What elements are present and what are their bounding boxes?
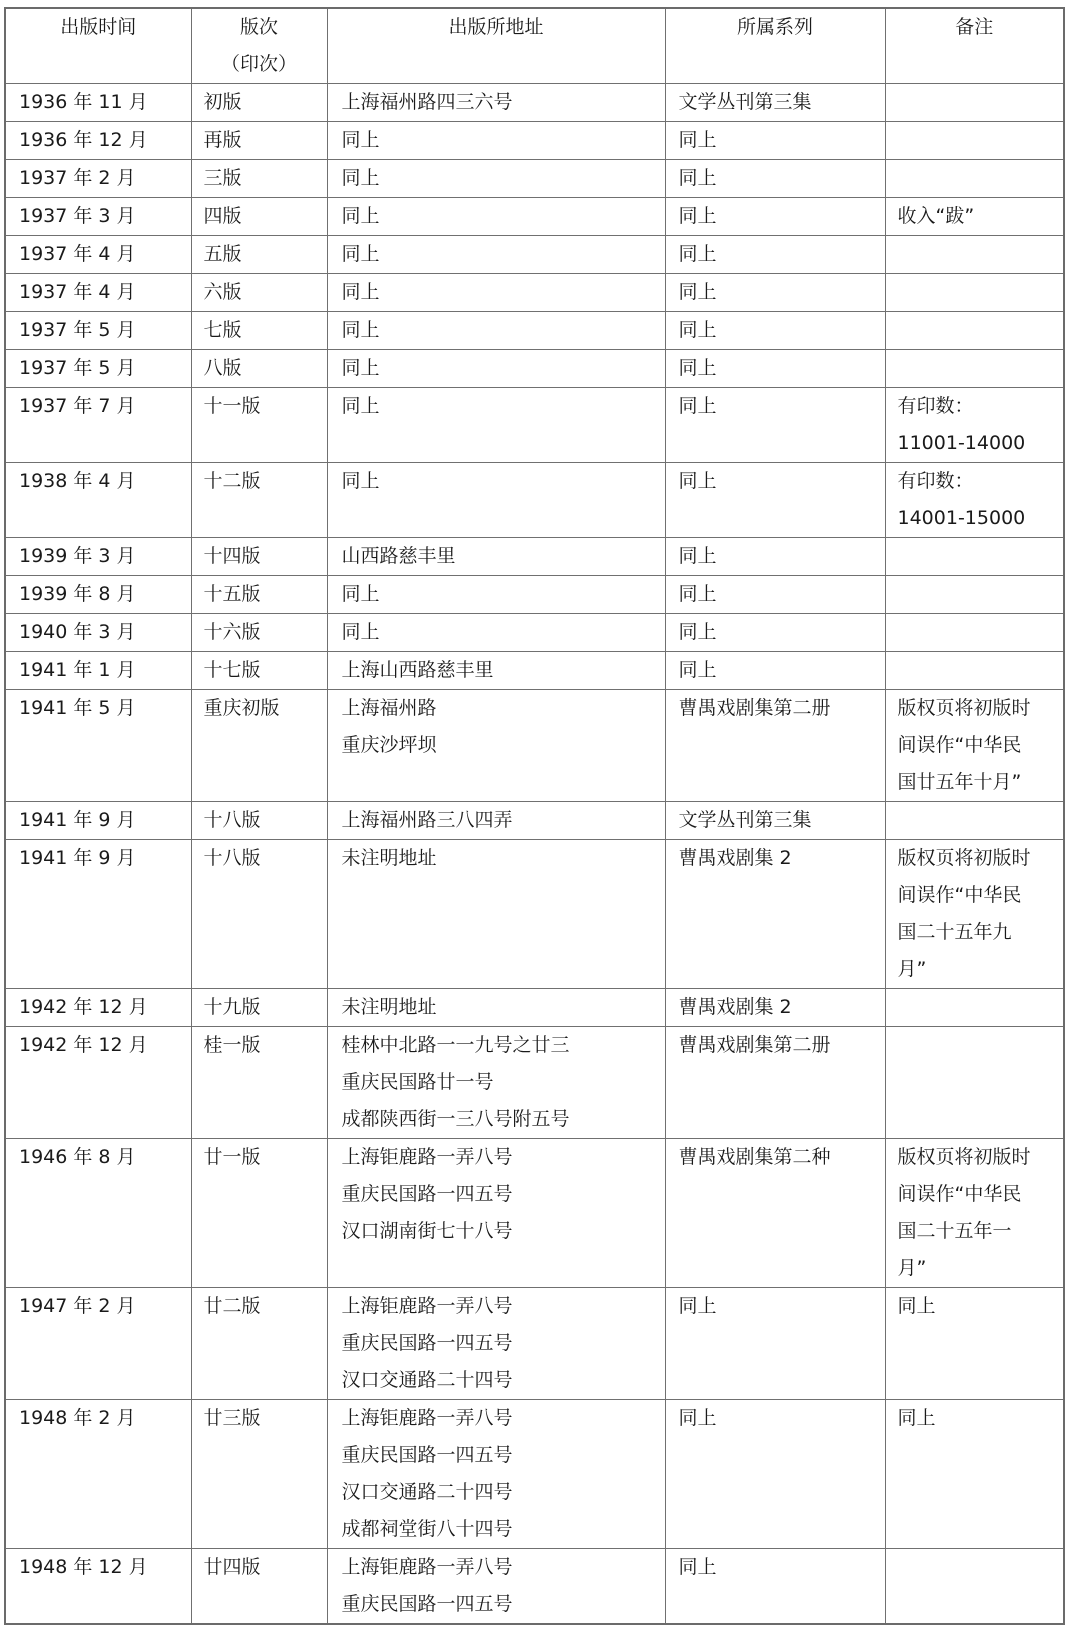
date-text: 1936 年 12 月 [19,122,191,159]
cell-note [885,802,1064,840]
note-line: 国二十五年九 [898,914,1056,951]
table-row: 1937 年 4 月五版同上同上 [5,236,1064,274]
cell-note: 同上 [885,1400,1064,1549]
note-line: 同上 [898,1400,1056,1437]
series-text: 同上 [679,614,885,651]
cell-address: 同上 [327,614,665,652]
edition-text: 廿三版 [204,1400,327,1437]
cell-edition: 七版 [191,312,327,350]
cell-note: 收入“跋” [885,198,1064,236]
date-text: 1942 年 12 月 [19,989,191,1026]
date-text: 1937 年 3 月 [19,198,191,235]
cell-series: 同上 [665,1400,885,1549]
cell-note [885,989,1064,1027]
series-text: 曹禺戏剧集第二册 [679,690,885,727]
date-text: 1948 年 12 月 [19,1549,191,1586]
series-text: 同上 [679,1549,885,1586]
note-line: 版权页将初版时 [898,840,1056,877]
cell-date: 1938 年 4 月 [5,463,191,538]
cell-note [885,538,1064,576]
note-line: 间误作“中华民 [898,877,1056,914]
series-text: 同上 [679,652,885,689]
address-line: 同上 [342,614,665,651]
cell-series: 同上 [665,1549,885,1625]
edition-text: 廿四版 [204,1549,327,1586]
cell-date: 1936 年 11 月 [5,84,191,122]
cell-edition: 十五版 [191,576,327,614]
table-row: 1942 年 12 月十九版未注明地址曹禺戏剧集 2 [5,989,1064,1027]
series-text: 曹禺戏剧集 2 [679,840,885,877]
table-row: 1947 年 2 月廿二版上海钜鹿路一弄八号重庆民国路一四五号汉口交通路二十四号… [5,1288,1064,1400]
series-text: 曹禺戏剧集 2 [679,989,885,1026]
cell-address: 上海钜鹿路一弄八号重庆民国路一四五号汉口交通路二十四号 [327,1288,665,1400]
table-row: 1936 年 11 月初版上海福州路四三六号文学丛刊第三集 [5,84,1064,122]
cell-edition: 八版 [191,350,327,388]
date-text: 1938 年 4 月 [19,463,191,500]
series-text: 文学丛刊第三集 [679,802,885,839]
note-line: 版权页将初版时 [898,1139,1056,1176]
address-line: 同上 [342,236,665,273]
note-line: 版权页将初版时 [898,690,1056,727]
cell-series: 同上 [665,274,885,312]
cell-address: 同上 [327,236,665,274]
edition-text: 四版 [204,198,327,235]
date-text: 1941 年 1 月 [19,652,191,689]
cell-date: 1946 年 8 月 [5,1139,191,1288]
cell-address: 上海福州路重庆沙坪坝 [327,690,665,802]
cell-note [885,350,1064,388]
edition-text: 十七版 [204,652,327,689]
series-text: 同上 [679,538,885,575]
cell-date: 1937 年 4 月 [5,236,191,274]
cell-note: 有印数：11001-14000 [885,388,1064,463]
table-row: 1942 年 12 月桂一版桂林中北路一一九号之廿三重庆民国路廿一号成都陕西街一… [5,1027,1064,1139]
address-line: 未注明地址 [342,989,665,1026]
table-row: 1938 年 4 月十二版同上同上有印数：14001-15000 [5,463,1064,538]
cell-edition: 廿二版 [191,1288,327,1400]
date-text: 1937 年 4 月 [19,236,191,273]
cell-note [885,1027,1064,1139]
cell-address: 同上 [327,160,665,198]
address-line: 成都祠堂街八十四号 [342,1511,665,1548]
cell-date: 1948 年 12 月 [5,1549,191,1625]
address-line: 同上 [342,122,665,159]
address-line: 同上 [342,312,665,349]
address-line: 重庆沙坪坝 [342,727,665,764]
address-line: 桂林中北路一一九号之廿三 [342,1027,665,1064]
edition-text: 十九版 [204,989,327,1026]
cell-series: 同上 [665,614,885,652]
cell-series: 同上 [665,236,885,274]
series-text: 同上 [679,274,885,311]
series-text: 文学丛刊第三集 [679,84,885,121]
address-line: 同上 [342,463,665,500]
date-text: 1941 年 5 月 [19,690,191,727]
edition-text: 廿二版 [204,1288,327,1325]
edition-text: 十四版 [204,538,327,575]
cell-edition: 廿三版 [191,1400,327,1549]
cell-edition: 五版 [191,236,327,274]
header-date: 出版时间 [5,8,191,84]
address-line: 汉口交通路二十四号 [342,1474,665,1511]
series-text: 同上 [679,312,885,349]
cell-date: 1937 年 5 月 [5,312,191,350]
cell-date: 1937 年 3 月 [5,198,191,236]
cell-address: 上海福州路四三六号 [327,84,665,122]
cell-note: 有印数：14001-15000 [885,463,1064,538]
cell-address: 同上 [327,350,665,388]
date-text: 1937 年 7 月 [19,388,191,425]
cell-edition: 十九版 [191,989,327,1027]
address-line: 同上 [342,388,665,425]
cell-series: 同上 [665,388,885,463]
cell-date: 1939 年 8 月 [5,576,191,614]
date-text: 1939 年 8 月 [19,576,191,613]
date-text: 1936 年 11 月 [19,84,191,121]
table-row: 1941 年 9 月十八版上海福州路三八四弄文学丛刊第三集 [5,802,1064,840]
cell-edition: 十七版 [191,652,327,690]
cell-series: 同上 [665,160,885,198]
cell-edition: 桂一版 [191,1027,327,1139]
cell-date: 1937 年 5 月 [5,350,191,388]
edition-text: 七版 [204,312,327,349]
date-text: 1941 年 9 月 [19,802,191,839]
date-text: 1937 年 2 月 [19,160,191,197]
table-row: 1946 年 8 月廿一版上海钜鹿路一弄八号重庆民国路一四五号汉口湖南街七十八号… [5,1139,1064,1288]
cell-series: 同上 [665,198,885,236]
cell-address: 未注明地址 [327,989,665,1027]
cell-address: 上海福州路三八四弄 [327,802,665,840]
edition-text: 十六版 [204,614,327,651]
cell-series: 曹禺戏剧集第二册 [665,690,885,802]
series-text: 同上 [679,1288,885,1325]
cell-date: 1937 年 2 月 [5,160,191,198]
note-line: 间误作“中华民 [898,1176,1056,1213]
table-row: 1939 年 8 月十五版同上同上 [5,576,1064,614]
date-text: 1941 年 9 月 [19,840,191,877]
series-text: 同上 [679,122,885,159]
cell-date: 1941 年 1 月 [5,652,191,690]
note-line: 同上 [898,1288,1056,1325]
cell-date: 1942 年 12 月 [5,1027,191,1139]
note-line: 间误作“中华民 [898,727,1056,764]
cell-series: 同上 [665,463,885,538]
header-row: 出版时间 版次 （印次） 出版所地址 所属系列 备注 [5,8,1064,84]
cell-series: 同上 [665,576,885,614]
table-row: 1941 年 9 月十八版未注明地址曹禺戏剧集 2版权页将初版时间误作“中华民国… [5,840,1064,989]
series-text: 曹禺戏剧集第二种 [679,1139,885,1176]
edition-text: 六版 [204,274,327,311]
address-line: 重庆民国路一四五号 [342,1437,665,1474]
date-text: 1937 年 4 月 [19,274,191,311]
address-line: 同上 [342,350,665,387]
cell-note: 版权页将初版时间误作“中华民国廿五年十月” [885,690,1064,802]
cell-edition: 初版 [191,84,327,122]
address-line: 上海福州路 [342,690,665,727]
cell-edition: 十二版 [191,463,327,538]
cell-edition: 廿四版 [191,1549,327,1625]
cell-address: 上海钜鹿路一弄八号重庆民国路一四五号汉口交通路二十四号成都祠堂街八十四号 [327,1400,665,1549]
address-line: 上海钜鹿路一弄八号 [342,1288,665,1325]
series-text: 同上 [679,236,885,273]
date-text: 1939 年 3 月 [19,538,191,575]
edition-text: 三版 [204,160,327,197]
cell-edition: 十六版 [191,614,327,652]
publication-history-table: 出版时间 版次 （印次） 出版所地址 所属系列 备注 1936 年 11 月初版… [4,7,1065,1625]
cell-edition: 四版 [191,198,327,236]
edition-text: 十五版 [204,576,327,613]
date-text: 1937 年 5 月 [19,312,191,349]
cell-edition: 重庆初版 [191,690,327,802]
cell-note [885,160,1064,198]
note-line: 有印数： [898,388,1056,425]
date-text: 1946 年 8 月 [19,1139,191,1176]
cell-note: 版权页将初版时间误作“中华民国二十五年一月” [885,1139,1064,1288]
cell-series: 同上 [665,1288,885,1400]
cell-address: 上海钜鹿路一弄八号重庆民国路一四五号 [327,1549,665,1625]
table-row: 1941 年 5 月重庆初版上海福州路重庆沙坪坝曹禺戏剧集第二册版权页将初版时间… [5,690,1064,802]
address-line: 重庆民国路一四五号 [342,1176,665,1213]
address-line: 同上 [342,576,665,613]
note-line: 有印数： [898,463,1056,500]
address-line: 上海钜鹿路一弄八号 [342,1139,665,1176]
cell-edition: 十八版 [191,840,327,989]
cell-address: 同上 [327,388,665,463]
cell-address: 上海山西路慈丰里 [327,652,665,690]
address-line: 上海福州路三八四弄 [342,802,665,839]
cell-address: 上海钜鹿路一弄八号重庆民国路一四五号汉口湖南街七十八号 [327,1139,665,1288]
cell-address: 同上 [327,274,665,312]
address-line: 上海钜鹿路一弄八号 [342,1549,665,1586]
cell-note [885,84,1064,122]
address-line: 重庆民国路一四五号 [342,1325,665,1362]
cell-date: 1937 年 7 月 [5,388,191,463]
date-text: 1942 年 12 月 [19,1027,191,1064]
edition-text: 重庆初版 [204,690,327,727]
header-series: 所属系列 [665,8,885,84]
note-line: 国廿五年十月” [898,764,1056,801]
table-row: 1948 年 2 月廿三版上海钜鹿路一弄八号重庆民国路一四五号汉口交通路二十四号… [5,1400,1064,1549]
cell-address: 山西路慈丰里 [327,538,665,576]
cell-date: 1941 年 9 月 [5,802,191,840]
header-address: 出版所地址 [327,8,665,84]
table-row: 1940 年 3 月十六版同上同上 [5,614,1064,652]
cell-series: 曹禺戏剧集第二册 [665,1027,885,1139]
series-text: 同上 [679,576,885,613]
cell-note: 同上 [885,1288,1064,1400]
cell-edition: 十一版 [191,388,327,463]
date-text: 1947 年 2 月 [19,1288,191,1325]
note-line: 收入“跋” [898,198,1056,235]
cell-address: 同上 [327,312,665,350]
cell-date: 1948 年 2 月 [5,1400,191,1549]
cell-address: 同上 [327,198,665,236]
address-line: 同上 [342,274,665,311]
series-text: 同上 [679,160,885,197]
series-text: 同上 [679,463,885,500]
cell-address: 同上 [327,576,665,614]
edition-text: 廿一版 [204,1139,327,1176]
series-text: 同上 [679,388,885,425]
header-note: 备注 [885,8,1064,84]
address-line: 同上 [342,160,665,197]
table-row: 1937 年 5 月八版同上同上 [5,350,1064,388]
cell-note [885,652,1064,690]
cell-edition: 十八版 [191,802,327,840]
cell-series: 曹禺戏剧集 2 [665,989,885,1027]
edition-text: 再版 [204,122,327,159]
address-line: 汉口交通路二十四号 [342,1362,665,1399]
note-line: 月” [898,951,1056,988]
cell-note [885,614,1064,652]
cell-note: 版权页将初版时间误作“中华民国二十五年九月” [885,840,1064,989]
cell-note [885,274,1064,312]
address-line: 上海福州路四三六号 [342,84,665,121]
edition-text: 八版 [204,350,327,387]
address-line: 汉口湖南街七十八号 [342,1213,665,1250]
cell-series: 曹禺戏剧集 2 [665,840,885,989]
series-text: 曹禺戏剧集第二册 [679,1027,885,1064]
address-line: 重庆民国路一四五号 [342,1586,665,1623]
date-text: 1940 年 3 月 [19,614,191,651]
address-line: 上海钜鹿路一弄八号 [342,1400,665,1437]
table-row: 1937 年 3 月四版同上同上收入“跋” [5,198,1064,236]
cell-series: 同上 [665,350,885,388]
cell-note [885,236,1064,274]
address-line: 成都陕西街一三八号附五号 [342,1101,665,1138]
cell-date: 1939 年 3 月 [5,538,191,576]
header-edition: 版次 （印次） [191,8,327,84]
note-line: 月” [898,1250,1056,1287]
edition-text: 初版 [204,84,327,121]
cell-date: 1947 年 2 月 [5,1288,191,1400]
cell-date: 1941 年 9 月 [5,840,191,989]
cell-note [885,312,1064,350]
address-line: 山西路慈丰里 [342,538,665,575]
cell-series: 同上 [665,312,885,350]
table-body: 1936 年 11 月初版上海福州路四三六号文学丛刊第三集1936 年 12 月… [5,84,1064,1625]
address-line: 未注明地址 [342,840,665,877]
cell-address: 同上 [327,122,665,160]
cell-address: 桂林中北路一一九号之廿三重庆民国路廿一号成都陕西街一三八号附五号 [327,1027,665,1139]
cell-date: 1940 年 3 月 [5,614,191,652]
cell-series: 同上 [665,538,885,576]
cell-note [885,1549,1064,1625]
address-line: 上海山西路慈丰里 [342,652,665,689]
edition-text: 十八版 [204,802,327,839]
address-line: 同上 [342,198,665,235]
note-line: 国二十五年一 [898,1213,1056,1250]
note-line: 14001-15000 [898,500,1056,537]
table-row: 1939 年 3 月十四版山西路慈丰里同上 [5,538,1064,576]
edition-text: 十一版 [204,388,327,425]
cell-note [885,122,1064,160]
edition-text: 十八版 [204,840,327,877]
cell-edition: 廿一版 [191,1139,327,1288]
edition-text: 桂一版 [204,1027,327,1064]
table-row: 1937 年 4 月六版同上同上 [5,274,1064,312]
cell-edition: 再版 [191,122,327,160]
note-line: 11001-14000 [898,425,1056,462]
cell-series: 曹禺戏剧集第二种 [665,1139,885,1288]
table-row: 1937 年 7 月十一版同上同上有印数：11001-14000 [5,388,1064,463]
series-text: 同上 [679,1400,885,1437]
table-row: 1948 年 12 月廿四版上海钜鹿路一弄八号重庆民国路一四五号同上 [5,1549,1064,1625]
series-text: 同上 [679,350,885,387]
cell-edition: 六版 [191,274,327,312]
cell-series: 文学丛刊第三集 [665,84,885,122]
cell-date: 1936 年 12 月 [5,122,191,160]
cell-address: 同上 [327,463,665,538]
edition-text: 五版 [204,236,327,273]
cell-edition: 三版 [191,160,327,198]
cell-edition: 十四版 [191,538,327,576]
cell-address: 未注明地址 [327,840,665,989]
cell-date: 1941 年 5 月 [5,690,191,802]
date-text: 1937 年 5 月 [19,350,191,387]
cell-series: 同上 [665,652,885,690]
address-line: 重庆民国路廿一号 [342,1064,665,1101]
cell-series: 文学丛刊第三集 [665,802,885,840]
table-row: 1937 年 5 月七版同上同上 [5,312,1064,350]
table-row: 1937 年 2 月三版同上同上 [5,160,1064,198]
table-row: 1941 年 1 月十七版上海山西路慈丰里同上 [5,652,1064,690]
table-row: 1936 年 12 月再版同上同上 [5,122,1064,160]
date-text: 1948 年 2 月 [19,1400,191,1437]
cell-date: 1937 年 4 月 [5,274,191,312]
edition-text: 十二版 [204,463,327,500]
cell-series: 同上 [665,122,885,160]
series-text: 同上 [679,198,885,235]
cell-date: 1942 年 12 月 [5,989,191,1027]
cell-note [885,576,1064,614]
